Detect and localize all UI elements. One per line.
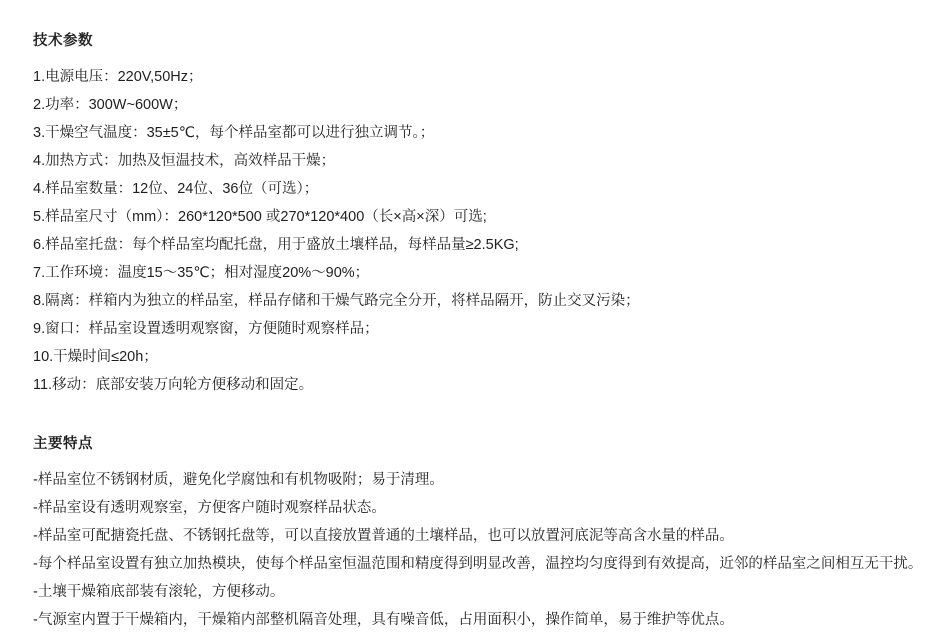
spec-line-window: 9.窗口：样品室设置透明观察窗，方便随时观察样品； <box>33 315 932 343</box>
spec-line-work-env: 7.工作环境：温度15～35℃；相对湿度20%～90%； <box>33 259 932 287</box>
feature-line-trays: -样品室可配搪瓷托盘、不锈钢托盘等，可以直接放置普通的土壤样品，也可以放置河底泥… <box>33 522 932 550</box>
spec-line-isolation: 8.隔离：样箱内为独立的样品室，样品存储和干燥气路完全分开，将样品隔开，防止交叉… <box>33 287 932 315</box>
spec-line-chamber-size: 5.样品室尺寸（mm）：260*120*500 或270*120*400（长×高… <box>33 203 932 231</box>
spec-line-chamber-tray: 6.样品室托盘：每个样品室均配托盘，用于盛放土壤样品，每样品量≥2.5KG; <box>33 231 932 259</box>
spec-line-heating-method: 4.加热方式：加热及恒温技术，高效样品干燥； <box>33 147 932 175</box>
spec-line-air-temp: 3.干燥空气温度：35±5℃，每个样品室都可以进行独立调节。； <box>33 119 932 147</box>
section-heading-main-features: 主要特点 <box>33 433 932 455</box>
document-page: { "page": { "background": "#ffffff", "te… <box>0 0 942 638</box>
feature-line-air-source: -气源室内置于干燥箱内，干燥箱内部整机隔音处理，具有噪音低，占用面积小，操作简单… <box>33 606 932 634</box>
spec-line-chamber-count: 4.样品室数量：12位、24位、36位（可选）； <box>33 175 932 203</box>
spec-line-power: 2.功率：300W~600W； <box>33 91 932 119</box>
feature-line-casters: -土壤干燥箱底部装有滚轮，方便移动。 <box>33 578 932 606</box>
spec-line-mobility: 11.移动：底部安装万向轮方便移动和固定。 <box>33 371 932 399</box>
document-body: 技术参数 1.电源电压：220V,50Hz； 2.功率：300W~600W； 3… <box>33 30 932 634</box>
feature-line-stainless: -样品室位不锈钢材质，避免化学腐蚀和有机物吸附；易于清理。 <box>33 466 932 494</box>
feature-line-heat-module: -每个样品室设置有独立加热模块，使每个样品室恒温范围和精度得到明显改善，温控均匀… <box>33 550 932 578</box>
section-heading-tech-params: 技术参数 <box>33 30 932 52</box>
feature-line-window: -样品室设有透明观察室，方便客户随时观察样品状态。 <box>33 494 932 522</box>
spec-line-drying-time: 10.干燥时间≤20h； <box>33 343 932 371</box>
spec-line-power-voltage: 1.电源电压：220V,50Hz； <box>33 63 932 91</box>
